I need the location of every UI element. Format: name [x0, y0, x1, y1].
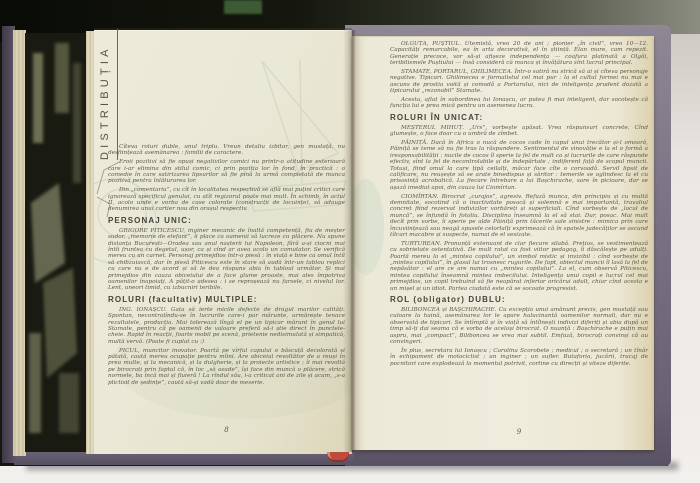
- section-heading: ROL (obligator) DUBLU:: [390, 297, 648, 303]
- paragraph: Acesta, aflat în subordinea lui Ionașcu,…: [390, 97, 648, 110]
- paragraph: ING. IONAȘCU. Gata să ierte micile defec…: [108, 307, 345, 345]
- paragraph: Eroii pozitivi să fie opuși negativilor …: [108, 159, 345, 185]
- paragraph: PICUL, muncitor inovator. Poartă pe vîrf…: [108, 348, 345, 386]
- photo-abstract-shapes: [25, 33, 88, 452]
- paragraph: TURTUREAN. Pronunță extenuant de clar fi…: [390, 241, 648, 292]
- book-gutter-shadow: [343, 30, 361, 452]
- paragraph: OLGUȚA, PUȘTIUL. Utemistă, vreo 20 de an…: [390, 41, 648, 67]
- paragraph: BILIBONCEA și BAȘCHIRACHE. Cu excepția u…: [390, 307, 648, 345]
- paragraph: În plus, secretara lui Ionașcu ; Carolin…: [390, 348, 648, 367]
- background-surface-right: [668, 34, 700, 483]
- background-green-object: [224, 0, 262, 14]
- paragraph: PĂINIȚĂ. Dacă în Africa o nucă de cocos …: [390, 140, 648, 191]
- right-page-number: 9: [390, 428, 648, 436]
- paragraph: STAMATE, PORTARUL, GHILIMECEA. Într-o sa…: [390, 69, 648, 95]
- paragraph: Din „comentariu”, cu cît în localitatea …: [108, 187, 345, 213]
- open-book-photo: DISTRIBUȚIA Cîteva roluri duble, unul tr…: [0, 0, 700, 483]
- paragraph: CIOMÎRTAN. Birocrat „curajos”, agresiv. …: [390, 194, 648, 239]
- section-heading: PERSONAJ UNIC:: [108, 218, 345, 224]
- section-heading: ROLURI (facultativ) MULTIPLE:: [108, 297, 345, 303]
- left-page-number: 8: [108, 426, 345, 434]
- paragraph: MEȘTERUL MIHUȚ. „Urs”, vorbește apăsat. …: [390, 125, 648, 138]
- right-page-text-block: OLGUȚA, PUȘTIUL. Utemistă, vreo 20 de an…: [390, 41, 648, 369]
- paragraph: Cîteva roluri duble, unul triplu. Vreun …: [108, 144, 345, 157]
- section-heading: ROLURI ÎN UNICAT:: [390, 115, 648, 121]
- chapter-title-vertical: DISTRIBUȚIA: [99, 29, 118, 160]
- previous-page-photo-edge: [25, 33, 88, 452]
- left-page-text-block: Cîteva roluri duble, unul triplu. Vreun …: [108, 144, 345, 388]
- paragraph: GRIGORE PITICESCU, inginer mecanic de în…: [108, 228, 345, 292]
